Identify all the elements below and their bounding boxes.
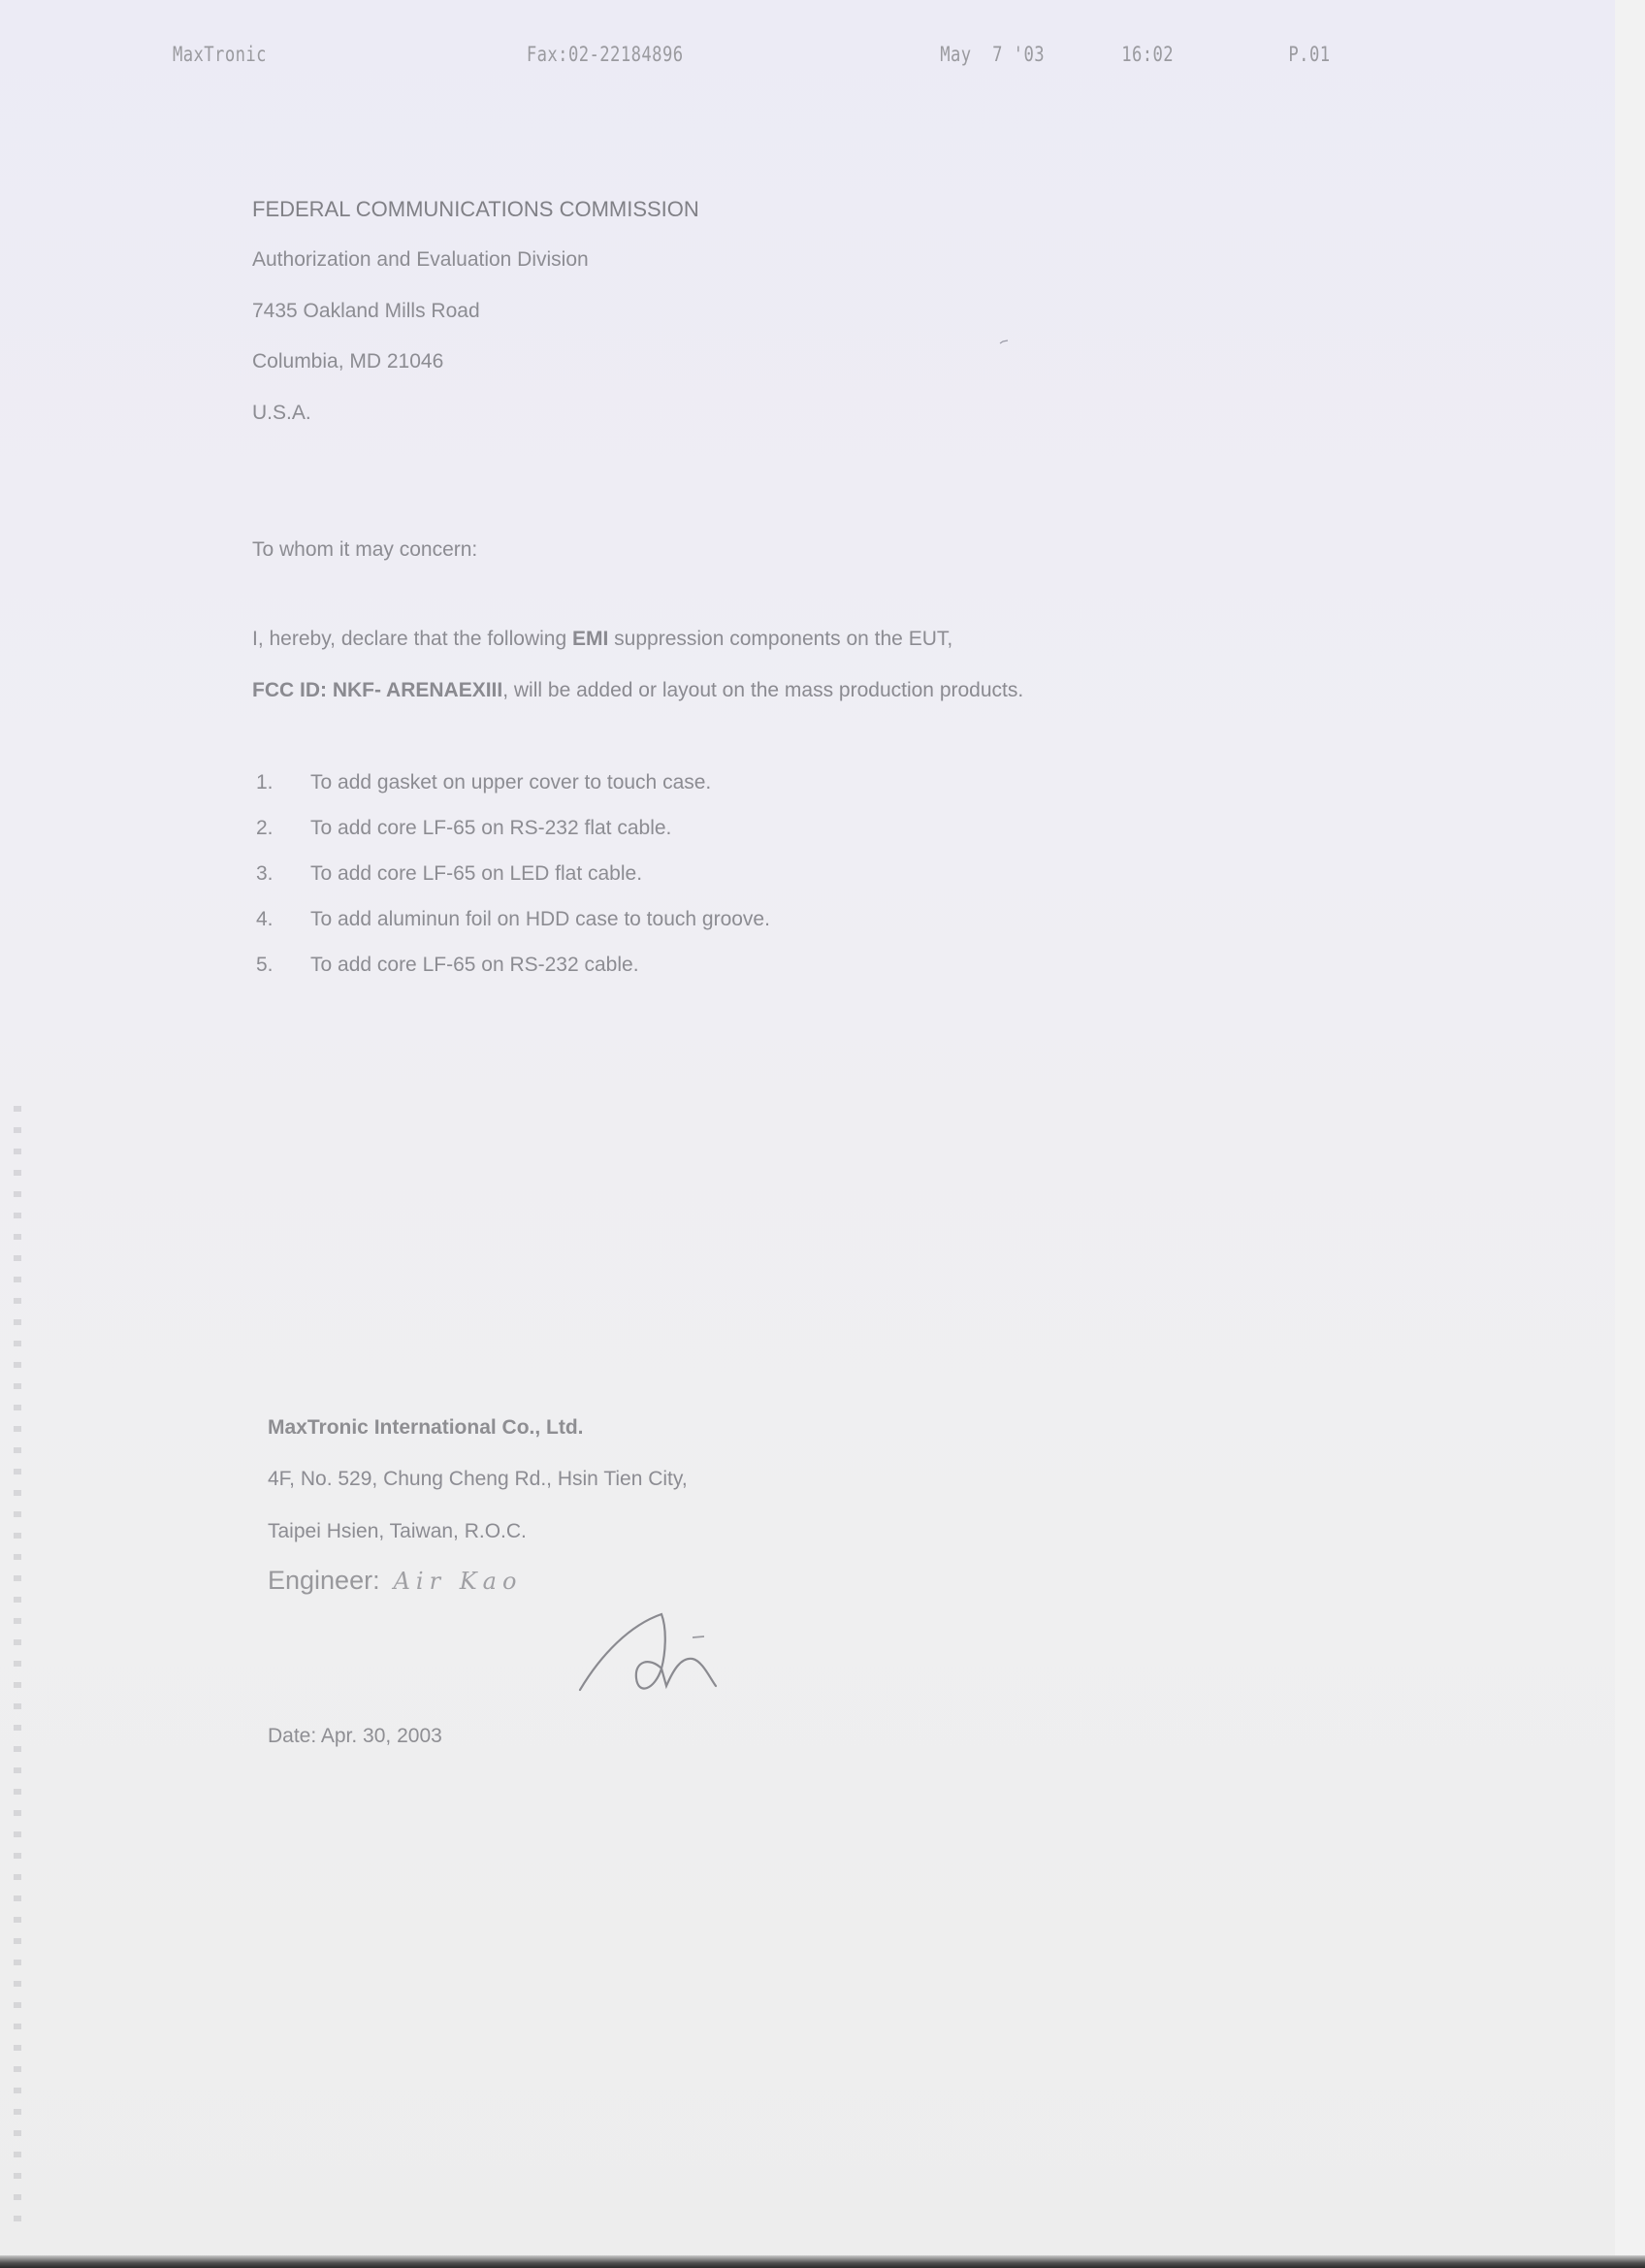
list-item: 3.To add core LF-65 on LED flat cable. xyxy=(252,862,770,908)
list-item-text: To add core LF-65 on RS-232 flat cable. xyxy=(310,817,671,839)
recipient-city: Columbia, MD 21046 xyxy=(252,350,443,373)
sender-address-line-2: Taipei Hsien, Taiwan, R.O.C. xyxy=(268,1520,527,1543)
fcc-id: FCC ID: NKF- ARENAEXIII xyxy=(252,679,502,701)
list-item: 2.To add core LF-65 on RS-232 flat cable… xyxy=(252,817,770,862)
recipient-division: Authorization and Evaluation Division xyxy=(252,248,589,272)
declaration-suffix: suppression components on the EUT, xyxy=(608,628,952,650)
declaration-prefix: I, hereby, declare that the following xyxy=(252,628,572,650)
recipient-country: U.S.A. xyxy=(252,402,311,425)
list-item-text: To add core LF-65 on LED flat cable. xyxy=(310,862,642,885)
list-item-number: 5. xyxy=(252,954,310,977)
fax-date: May 7 '03 xyxy=(940,43,1045,66)
list-item: 5.To add core LF-65 on RS-232 cable. xyxy=(252,954,770,999)
list-item: 4.To add aluminun foil on HDD case to to… xyxy=(252,908,770,954)
recipient-org: FEDERAL COMMUNICATIONS COMMISSION xyxy=(252,197,699,222)
fax-time: 16:02 xyxy=(1121,43,1174,66)
letter-date: Date: Apr. 30, 2003 xyxy=(268,1725,442,1748)
list-item-text: To add core LF-65 on RS-232 cable. xyxy=(310,954,639,976)
scan-artifact-left xyxy=(14,1106,21,2221)
list-item-number: 3. xyxy=(252,862,310,886)
signature xyxy=(572,1601,757,1698)
fax-page xyxy=(0,0,1615,2255)
scan-speck xyxy=(999,340,1009,345)
list-item-number: 1. xyxy=(252,771,310,794)
list-item-text: To add gasket on upper cover to touch ca… xyxy=(310,771,711,794)
scan-edge-bottom xyxy=(0,2255,1645,2268)
recipient-street: 7435 Oakland Mills Road xyxy=(252,300,480,323)
sender-company: MaxTronic International Co., Ltd. xyxy=(268,1416,584,1440)
fax-page-number: P.01 xyxy=(1288,43,1330,66)
list-item-number: 2. xyxy=(252,817,310,840)
declaration-line-2: FCC ID: NKF- ARENAEXIII, will be added o… xyxy=(252,679,1023,702)
fax-number: Fax:02-22184896 xyxy=(527,43,684,66)
declaration-line-1: I, hereby, declare that the following EM… xyxy=(252,628,952,651)
salutation: To whom it may concern: xyxy=(252,538,477,562)
engineer-name-handwritten: Air Kao xyxy=(394,1568,523,1595)
fax-sender: MaxTronic xyxy=(173,43,267,66)
engineer-line: Engineer:Air Kao xyxy=(268,1566,522,1596)
component-list: 1.To add gasket on upper cover to touch … xyxy=(252,771,770,999)
scan-edge-right xyxy=(1615,0,1645,2268)
list-item-text: To add aluminun foil on HDD case to touc… xyxy=(310,908,770,930)
sender-address-line-1: 4F, No. 529, Chung Cheng Rd., Hsin Tien … xyxy=(268,1468,688,1491)
list-item: 1.To add gasket on upper cover to touch … xyxy=(252,771,770,817)
fax-transmission-header: MaxTronic Fax:02-22184896 May 7 '03 16:0… xyxy=(0,43,1349,72)
engineer-label: Engineer: xyxy=(268,1566,380,1595)
list-item-number: 4. xyxy=(252,908,310,931)
declaration-emi: EMI xyxy=(572,628,608,650)
declaration-line-2-suffix: , will be added or layout on the mass pr… xyxy=(502,679,1023,701)
